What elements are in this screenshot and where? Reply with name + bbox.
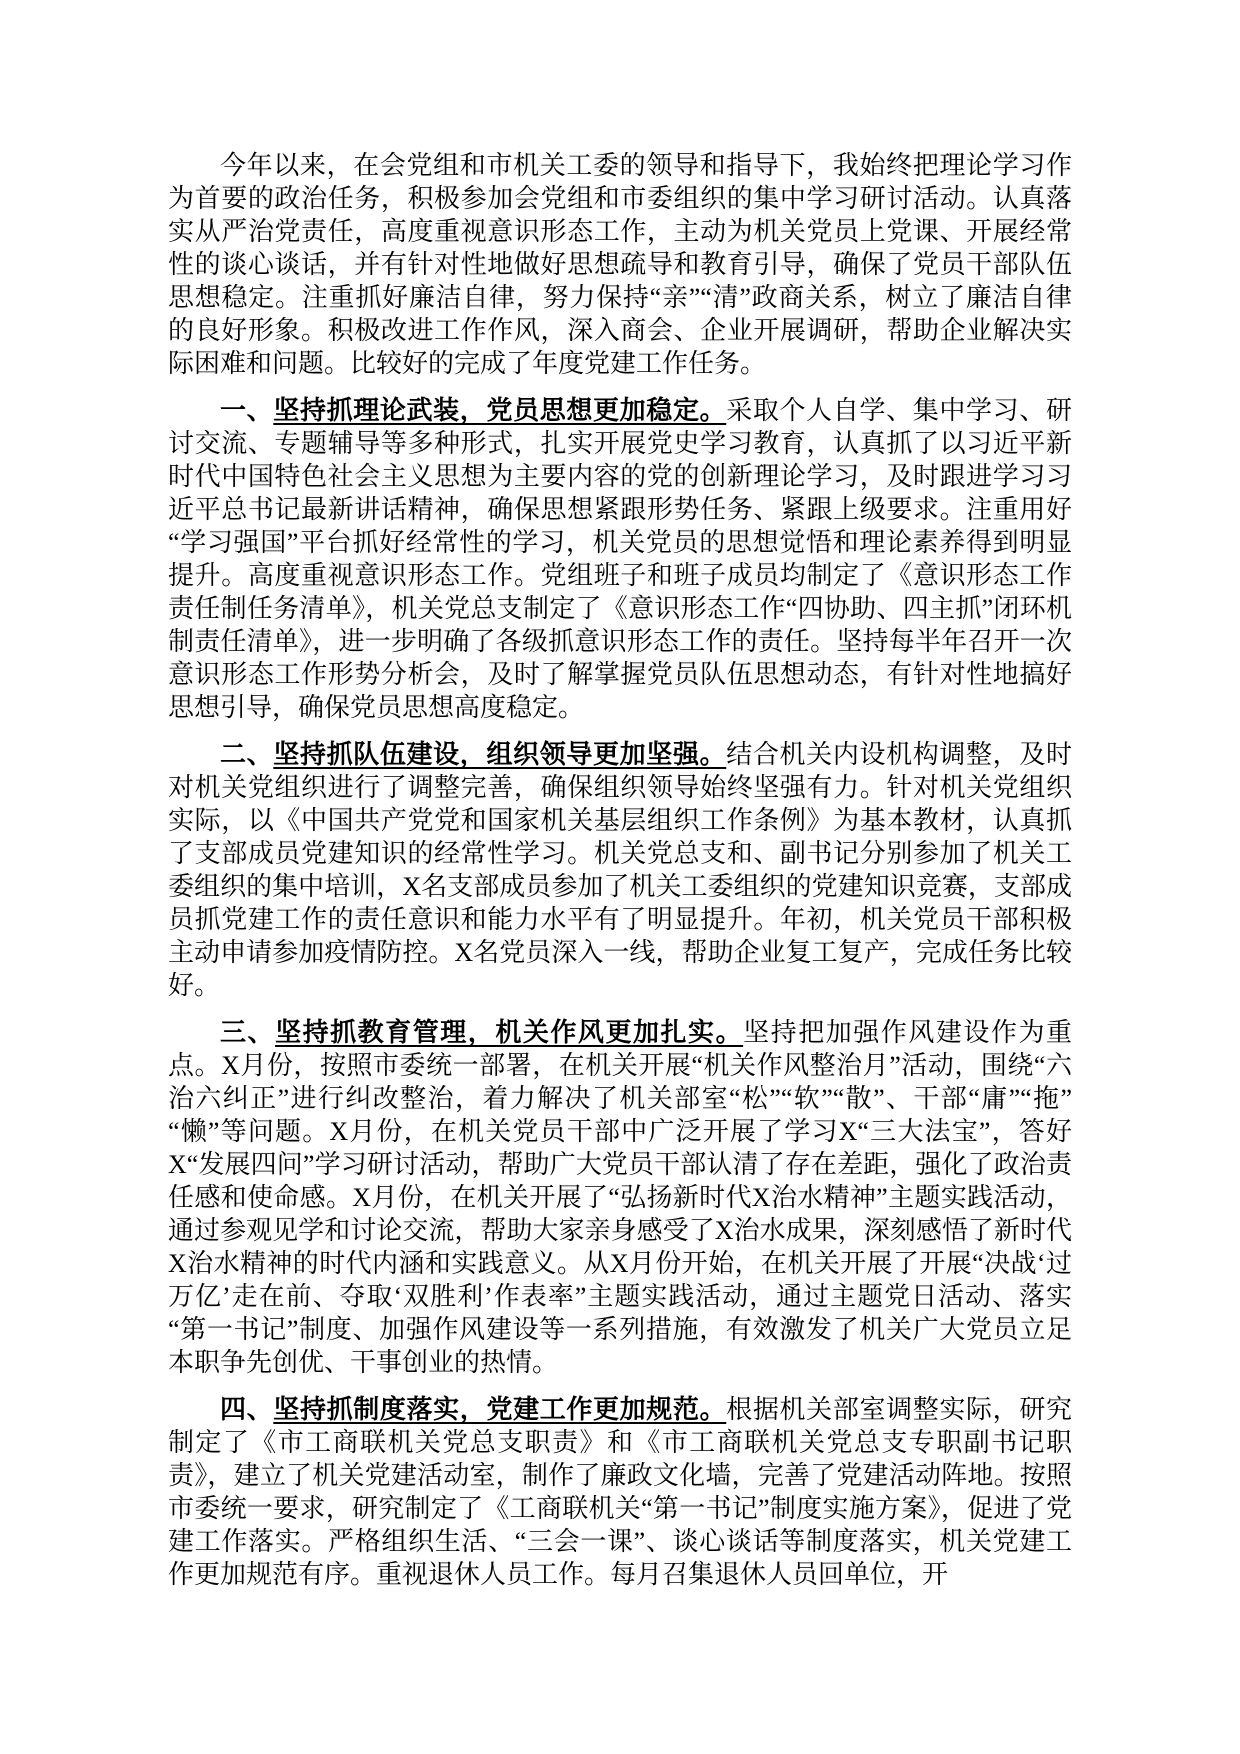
section-3-paragraph: 三、坚持抓教育管理，机关作风更加扎实。坚持把加强作风建设作为重点。X月份，按照市… (168, 1016, 1072, 1379)
section-3-number: 三、 (220, 1018, 275, 1047)
section-4-paragraph: 四、坚持抓制度落实，党建工作更加规范。根据机关部室调整实际，研究制定了《市工商联… (168, 1393, 1072, 1591)
paragraph-text: 根据机关部室调整实际，研究制定了《市工商联机关党总支职责》和《市工商联机关党总支… (168, 1395, 1072, 1589)
section-1-heading: 坚持抓理论武装，党员思想更加稳定。 (273, 396, 726, 425)
section-2-number: 二、 (220, 740, 273, 769)
section-3-heading: 坚持抓教育管理，机关作风更加扎实。 (275, 1018, 743, 1047)
opening-paragraph: 今年以来，在会党组和市机关工委的领导和指导下，我始终把理论学习作为首要的政治任务… (168, 149, 1072, 380)
section-1-paragraph: 一、坚持抓理论武装，党员思想更加稳定。采取个人自学、集中学习、研讨交流、专题辅导… (168, 394, 1072, 724)
document-page: 今年以来，在会党组和市机关工委的领导和指导下，我始终把理论学习作为首要的政治任务… (0, 0, 1240, 1754)
section-2-heading: 坚持抓队伍建设，组织领导更加坚强。 (273, 740, 726, 769)
paragraph-text: 采取个人自学、集中学习、研讨交流、专题辅导等多种形式，扎实开展党史学习教育，认真… (168, 396, 1072, 722)
section-2-paragraph: 二、坚持抓队伍建设，组织领导更加坚强。结合机关内设机构调整，及时对机关党组织进行… (168, 738, 1072, 1002)
document-body: 今年以来，在会党组和市机关工委的领导和指导下，我始终把理论学习作为首要的政治任务… (168, 149, 1072, 1591)
section-4-number: 四、 (220, 1395, 273, 1424)
paragraph-text: 今年以来，在会党组和市机关工委的领导和指导下，我始终把理论学习作为首要的政治任务… (168, 151, 1072, 378)
paragraph-text: 结合机关内设机构调整，及时对机关党组织进行了调整完善，确保组织领导始终坚强有力。… (168, 740, 1072, 1000)
section-4-heading: 坚持抓制度落实，党建工作更加规范。 (273, 1395, 726, 1424)
section-1-number: 一、 (220, 396, 273, 425)
paragraph-text: 坚持把加强作风建设作为重点。X月份，按照市委统一部署，在机关开展“机关作风整治月… (168, 1018, 1072, 1377)
